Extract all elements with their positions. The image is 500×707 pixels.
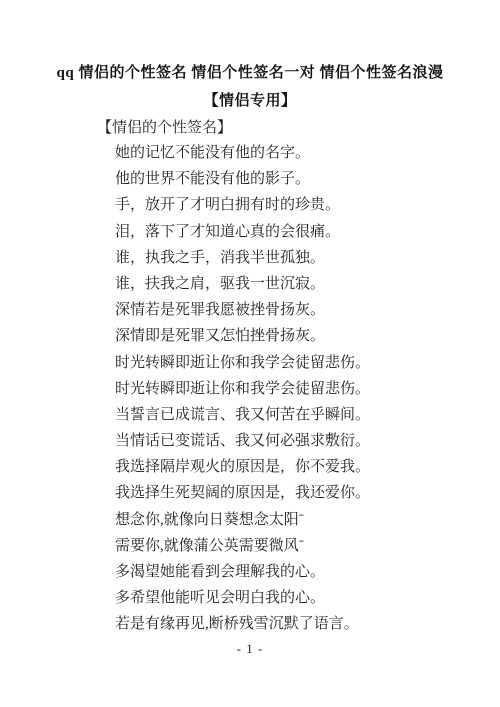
document-title-line-1: qq 情侣的个性签名 情侣个性签名一对 情侣个性签名浪漫: [0, 63, 500, 83]
signature-line: 谁，执我之手，消我半世孤独。: [115, 245, 485, 271]
signature-line: 手，放开了才明白拥有时的珍贵。: [115, 192, 485, 218]
signature-line: 若是有缘再见,断桥残雪沉默了语言。: [115, 611, 485, 637]
signature-line: 多渴望她能看到会理解我的心。: [115, 559, 485, 585]
signature-line: 他的世界不能没有他的影子。: [115, 166, 485, 192]
signature-line: 当情话已变谎话、我又何必强求敷衍。: [115, 428, 485, 454]
signature-line: 泪，落下了才知道心真的会很痛。: [115, 219, 485, 245]
signature-line: 需要你,就像蒲公英需要微风ˉ: [115, 533, 485, 559]
signature-line: 深情即是死罪又怎怕挫骨扬灰。: [115, 323, 485, 349]
document-page: qq 情侣的个性签名 情侣个性签名一对 情侣个性签名浪漫 【情侣专用】 【情侣的…: [0, 0, 500, 707]
page-number: - 1 -: [0, 641, 500, 657]
signature-line: 我选择隔岸观火的原因是，你不爱我。: [115, 454, 485, 480]
signature-line: 深情若是死罪我愿被挫骨扬灰。: [115, 297, 485, 323]
signature-line: 她的记忆不能没有他的名字。: [115, 140, 485, 166]
signature-line: 多希望他能听见会明白我的心。: [115, 585, 485, 611]
signature-line: 当誓言已成谎言、我又何苦在乎瞬间。: [115, 402, 485, 428]
signature-list: 她的记忆不能没有他的名字。 他的世界不能没有他的影子。 手，放开了才明白拥有时的…: [115, 140, 485, 638]
section-header: 【情侣的个性签名】: [97, 120, 232, 136]
signature-line: 想念你,就像向日葵想念太阳ˉ: [115, 507, 485, 533]
signature-line: 谁，扶我之肩，驱我一世沉寂。: [115, 271, 485, 297]
signature-line: 时光转瞬即逝让你和我学会徒留悲伤。: [115, 350, 485, 376]
document-title-line-2: 【情侣专用】: [0, 91, 500, 111]
signature-line: 我选择生死契阔的原因是，我还爱你。: [115, 480, 485, 506]
signature-line: 时光转瞬即逝让你和我学会徒留悲伤。: [115, 376, 485, 402]
